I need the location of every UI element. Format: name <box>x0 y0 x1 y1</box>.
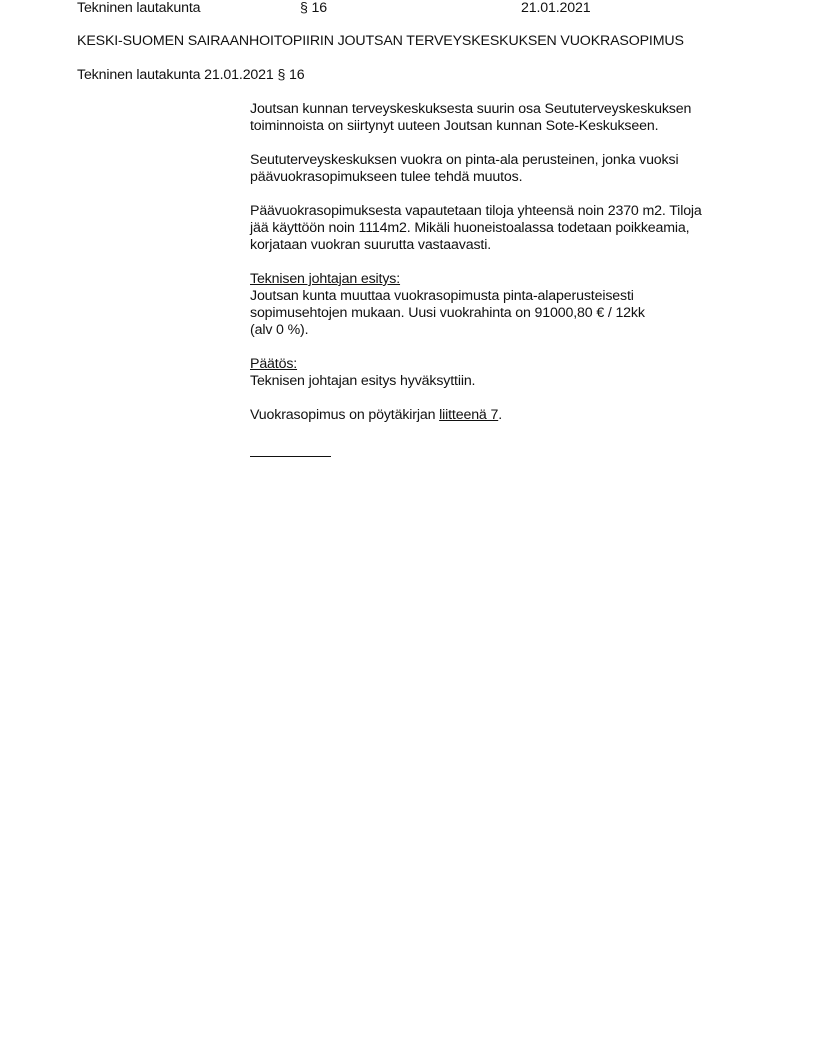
document-body: Joutsan kunnan terveyskeskuksesta suurin… <box>250 101 750 462</box>
text-line: Vuokrasopimus on pöytäkirjan <box>250 407 439 423</box>
text-line: toiminnoista on siirtynyt uuteen Joutsan… <box>250 118 658 134</box>
header-date: 21.01.2021 <box>521 0 591 17</box>
text-line: Seututerveyskeskuksen vuokra on pinta-al… <box>250 152 678 168</box>
text-line: Joutsan kunta muuttaa vuokrasopimusta pi… <box>250 288 634 304</box>
paragraph-proposal: Teknisen johtajan esitys: Joutsan kunta … <box>250 271 750 339</box>
decision-heading: Päätös: <box>250 356 297 372</box>
paragraph-decision: Päätös: Teknisen johtajan esitys hyväksy… <box>250 356 750 390</box>
header-section: § 16 <box>300 0 327 17</box>
text-line: Päävuokrasopimuksesta vapautetaan tiloja… <box>250 203 702 219</box>
proposal-heading: Teknisen johtajan esitys: <box>250 271 400 287</box>
text-line: . <box>498 407 502 423</box>
closing-rule <box>250 441 331 457</box>
decision-text: Teknisen johtajan esitys hyväksyttiin. <box>250 373 475 389</box>
header-unit: Tekninen lautakunta <box>77 0 200 17</box>
meeting-reference: Tekninen lautakunta 21.01.2021 § 16 <box>77 67 304 84</box>
text-line: sopimusehtojen mukaan. Uusi vuokrahinta … <box>250 305 645 321</box>
paragraph-area: Päävuokrasopimuksesta vapautetaan tiloja… <box>250 203 750 254</box>
text-line: päävuokrasopimukseen tulee tehdä muutos. <box>250 169 522 185</box>
attachment-link[interactable]: liitteenä 7 <box>439 407 498 423</box>
paragraph-rent-basis: Seututerveyskeskuksen vuokra on pinta-al… <box>250 152 750 186</box>
text-line: jää käyttöön noin 1114m2. Mikäli huoneis… <box>250 220 689 236</box>
text-line: (alv 0 %). <box>250 322 308 338</box>
text-line: Joutsan kunnan terveyskeskuksesta suurin… <box>250 101 691 117</box>
paragraph-attachment: Vuokrasopimus on pöytäkirjan liitteenä 7… <box>250 407 750 424</box>
text-line: korjataan vuokran suurutta vastaavasti. <box>250 237 491 253</box>
paragraph-background: Joutsan kunnan terveyskeskuksesta suurin… <box>250 101 750 135</box>
document-title: KESKI-SUOMEN SAIRAANHOITOPIIRIN JOUTSAN … <box>77 33 684 50</box>
